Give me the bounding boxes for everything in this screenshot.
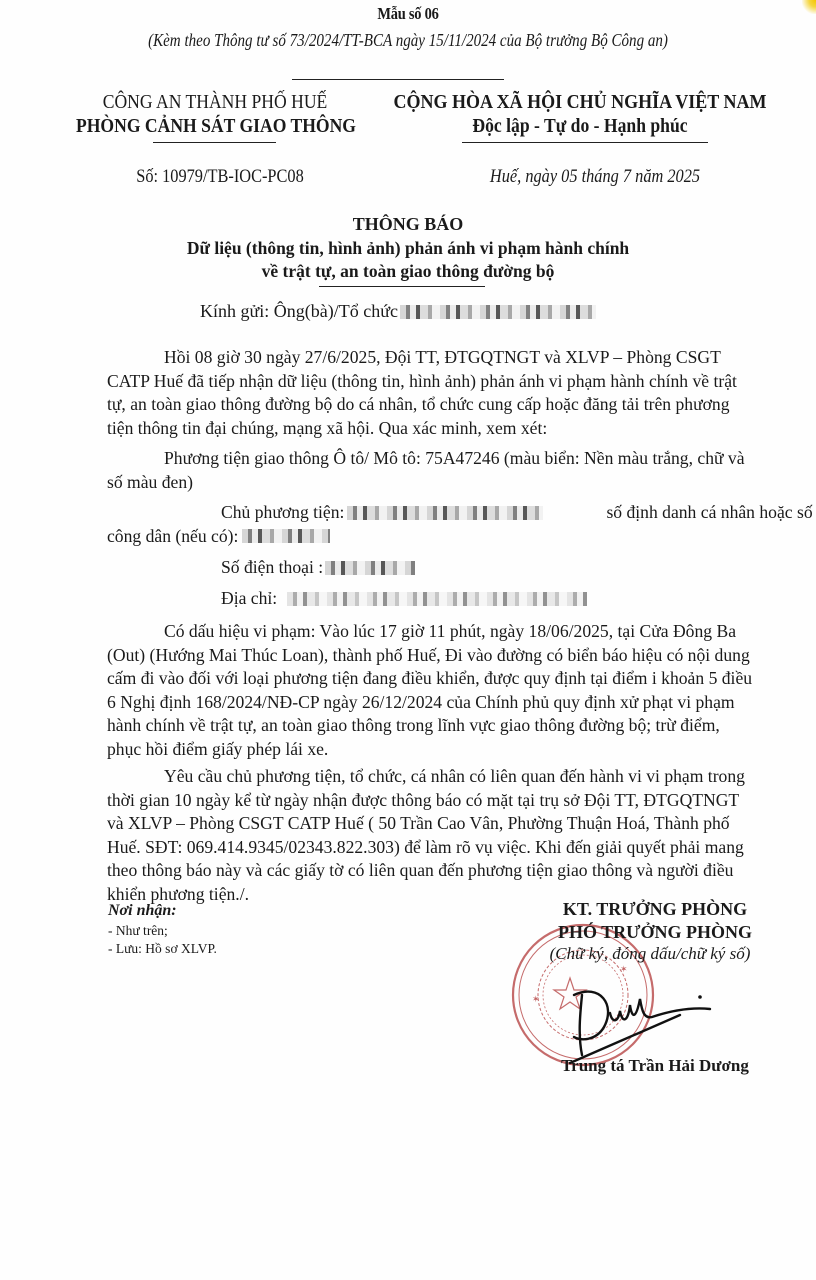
document-subtitle: Dữ liệu (thông tin, hình ảnh) phản ánh v… <box>0 238 816 259</box>
recipients-label: Nơi nhận: <box>108 902 177 920</box>
owner-label: Chủ phương tiện: <box>164 501 344 525</box>
recipient-redacted <box>400 305 596 319</box>
department-name: PHÒNG CẢNH SÁT GIAO THÔNG <box>66 115 365 138</box>
national-title: CỘNG HÒA XÃ HỘI CHỦ NGHĨA VIỆT NAM <box>391 91 769 114</box>
agency-name: CÔNG AN THÀNH PHỐ HUẾ <box>79 91 352 114</box>
form-number: Mẫu số 06 <box>61 4 755 24</box>
phone-line: Số điện thoại : <box>107 556 779 580</box>
intro-paragraph: Hồi 08 giờ 30 ngày 27/6/2025, Đội TT, ĐT… <box>107 346 779 440</box>
recipients-item: - Như trên; <box>108 923 168 939</box>
recipients-item: - Lưu: Hồ sơ XLVP. <box>108 941 217 957</box>
recipient-label: Kính gửi: Ông(bà)/Tổ chức <box>200 301 398 322</box>
recipient-line: Kính gửi: Ông(bà)/Tổ chức <box>200 301 596 322</box>
phone-redacted <box>325 561 415 575</box>
document-title: THÔNG BÁO <box>0 214 816 235</box>
violation-paragraph: Có dấu hiệu vi phạm: Vào lúc 17 giờ 11 p… <box>107 620 779 762</box>
document-subtitle: về trật tự, an toàn giao thông đường bộ <box>0 261 816 282</box>
signature-icon <box>560 975 740 1065</box>
corner-light-flare <box>802 0 816 14</box>
divider <box>292 79 504 80</box>
signer-name: Trung tá Trần Hải Dương <box>520 1056 790 1076</box>
svg-text:✶: ✶ <box>620 965 628 975</box>
signer-title: KT. TRƯỞNG PHÒNG <box>520 899 790 920</box>
owner-id-label: số định danh cá nhân hoặc số Căn cước <box>549 501 816 525</box>
id-redacted <box>242 529 330 543</box>
signer-position: PHÓ TRƯỞNG PHÒNG <box>520 922 790 943</box>
svg-text:✶: ✶ <box>532 995 540 1005</box>
divider <box>462 142 708 143</box>
document-number: Số: 10979/TB-IOC-PC08 <box>82 166 357 188</box>
vehicle-paragraph: Phương tiện giao thông Ô tô/ Mô tô: 75A4… <box>107 447 779 494</box>
divider <box>319 286 485 287</box>
owner-paragraph: Chủ phương tiện: số định danh cá nhân ho… <box>107 501 779 548</box>
owner-redacted <box>347 506 543 520</box>
address-redacted <box>287 592 587 606</box>
national-motto: Độc lập - Tự do - Hạnh phúc <box>395 115 765 138</box>
address-line: Địa chỉ: <box>107 587 779 611</box>
place-date: Huế, ngày 05 tháng 7 năm 2025 <box>445 166 746 188</box>
form-reference: (Kèm theo Thông tư số 73/2024/TT-BCA ngà… <box>57 30 759 51</box>
divider <box>153 142 276 143</box>
signature-note: (Chữ ký, đóng dấu/chữ ký số) <box>515 944 785 964</box>
request-paragraph: Yêu cầu chủ phương tiện, tổ chức, cá nhâ… <box>107 765 779 907</box>
